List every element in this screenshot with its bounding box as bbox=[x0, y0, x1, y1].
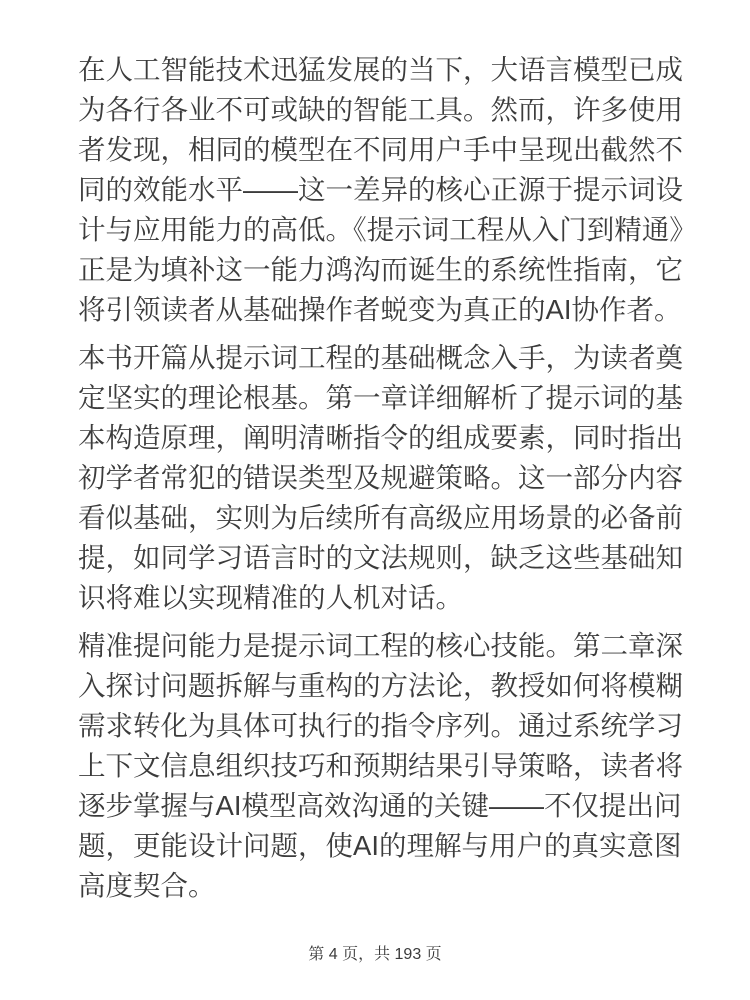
page-footer: 第 4 页，共 193 页 bbox=[0, 945, 750, 965]
page-number-label: 第 4 页，共 193 页 bbox=[308, 946, 441, 963]
paragraph-intro: 在人工智能技术迅猛发展的当下，大语言模型已成为各行各业不可或缺的智能工具。然而，… bbox=[78, 50, 690, 330]
page-body: 在人工智能技术迅猛发展的当下，大语言模型已成为各行各业不可或缺的智能工具。然而，… bbox=[78, 50, 690, 914]
paragraph-chapter-two: 精准提问能力是提示词工程的核心技能。第二章深入探讨问题拆解与重构的方法论，教授如… bbox=[78, 626, 690, 906]
document-page: 在人工智能技术迅猛发展的当下，大语言模型已成为各行各业不可或缺的智能工具。然而，… bbox=[0, 0, 750, 1000]
paragraph-chapter-one: 本书开篇从提示词工程的基础概念入手，为读者奠定坚实的理论根基。第一章详细解析了提… bbox=[78, 338, 690, 618]
